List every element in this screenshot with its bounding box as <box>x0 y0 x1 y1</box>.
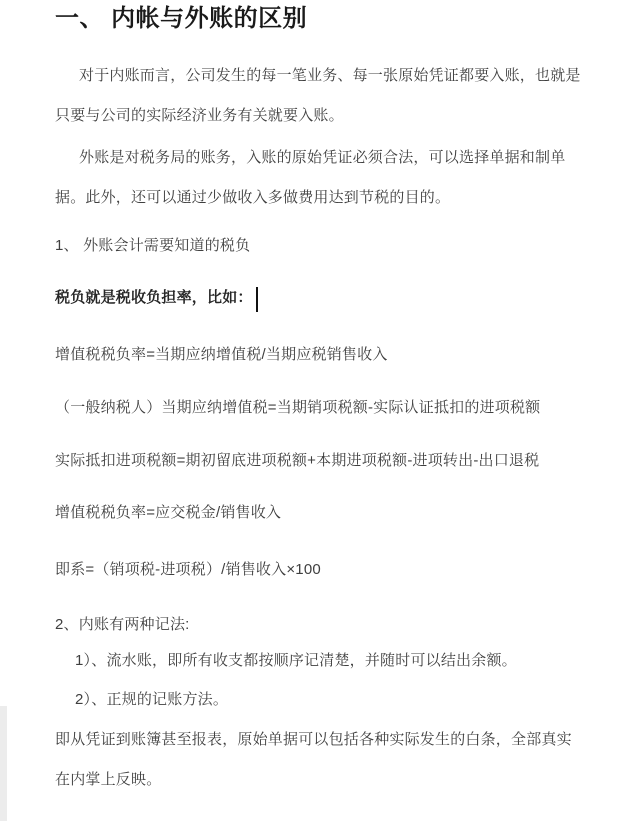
paragraph-text: 2）、正规的记账方法。 <box>75 691 228 708</box>
paragraph-external-account-intro: 外账是对税务局的账务，入账的原始凭证必须合法，可以选择单据和制单据。此外，还可以… <box>55 138 585 218</box>
document-page[interactable]: 一、 内帐与外账的区别 对于内账而言，公司发生的每一笔业务、每一张原始凭证都要入… <box>0 0 640 821</box>
formula-vat-burden-rate-simple: 增值税税负率=应交税金/销售收入 <box>55 493 585 533</box>
paragraph-closing-note: 即从凭证到账簿甚至报表，原始单据可以包括各种实际发生的白条，全部真实在内掌上反映… <box>55 720 585 800</box>
formula-text: （一般纳税人）当期应纳增值税=当期销项税额-实际认证抵扣的进项税额 <box>55 399 540 416</box>
document-title-text: 一、 内帐与外账的区别 <box>55 5 307 32</box>
heading-item-1-tax-burden: 1、 外账会计需要知道的税负 <box>55 226 585 266</box>
formula-text: 增值税税负率=当期应纳增值税/当期应税销售收入 <box>55 346 388 363</box>
paragraph-text: 2、内账有两种记法: <box>55 616 190 633</box>
paragraph-text: 1、 外账会计需要知道的税负 <box>55 237 250 254</box>
page-edge-strip <box>0 706 7 821</box>
formula-text: 即系=（销项税-进项税）/销售收入×100 <box>55 561 321 578</box>
paragraph-text: 对于内账而言，公司发生的每一笔业务、每一张原始凭证都要入账，也就是只要与公司的实… <box>55 67 581 124</box>
formula-vat-burden-rate: 增值税税负率=当期应纳增值税/当期应税销售收入 <box>55 335 585 375</box>
formula-text: 实际抵扣进项税额=期初留底进项税额+本期进项税额-进项转出-出口退税 <box>55 452 539 469</box>
formula-text: 增值税税负率=应交税金/销售收入 <box>55 504 281 521</box>
list-item-running-account: 1）、流水账，即所有收支都按顺序记清楚，并随时可以结出余额。 <box>75 641 585 681</box>
formula-vat-payable: （一般纳税人）当期应纳增值税=当期销项税额-实际认证抵扣的进项税额 <box>55 388 585 428</box>
formula-that-is: 即系=（销项税-进项税）/销售收入×100 <box>55 550 585 590</box>
heading-item-2-recording-methods: 2、内账有两种记法: <box>55 605 585 645</box>
list-item-formal-method: 2）、正规的记账方法。 <box>75 680 585 720</box>
paragraph-text: 外账是对税务局的账务，入账的原始凭证必须合法，可以选择单据和制单据。此外，还可以… <box>55 149 565 206</box>
paragraph-text: 1）、流水账，即所有收支都按顺序记清楚，并随时可以结出余额。 <box>75 652 517 669</box>
paragraph-internal-account-intro: 对于内账而言，公司发生的每一笔业务、每一张原始凭证都要入账，也就是只要与公司的实… <box>55 56 585 136</box>
paragraph-tax-burden-definition: 税负就是税收负担率，比如： <box>55 278 585 318</box>
paragraph-text: 税负就是税收负担率，比如： <box>55 289 253 306</box>
paragraph-text: 即从凭证到账簿甚至报表，原始单据可以包括各种实际发生的白条，全部真实在内掌上反映… <box>55 731 572 788</box>
formula-deductible-input-tax: 实际抵扣进项税额=期初留底进项税额+本期进项税额-进项转出-出口退税 <box>55 441 585 481</box>
text-caret <box>256 287 258 312</box>
document-title: 一、 内帐与外账的区别 <box>55 2 307 36</box>
